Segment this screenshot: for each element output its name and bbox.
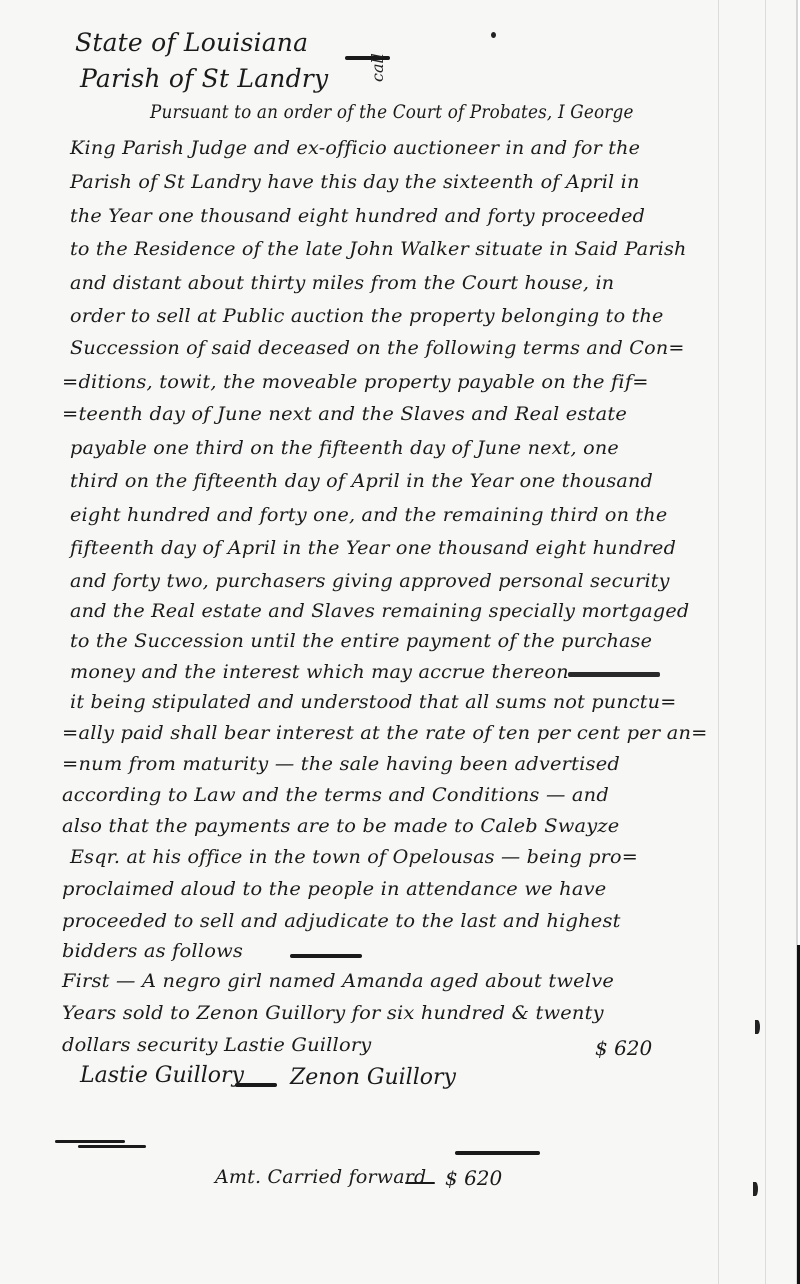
signature-purchaser: Zenon Guillory	[290, 1065, 456, 1090]
body-line: King Parish Judge and ex-officio auction…	[70, 137, 725, 159]
body-line: to the Residence of the late John Walker…	[70, 238, 725, 260]
body-line: Parish of St Landry have this day the si…	[70, 171, 725, 193]
heading-state: State of Louisiana	[75, 28, 308, 57]
signature-security: Lastie Guillory	[80, 1063, 244, 1088]
struck-out-word	[568, 672, 660, 677]
body-line: to the Succession until the entire payme…	[70, 630, 725, 652]
body-line: bidders as follows	[62, 940, 725, 962]
body-line: =ditions, towit, the moveable property p…	[62, 371, 725, 393]
heading-parish: Parish of St Landry	[80, 64, 328, 93]
ink-speck	[753, 1182, 758, 1196]
body-line: it being stipulated and understood that …	[70, 691, 725, 713]
scanned-document-page: State of Louisiana Parish of St Landry c…	[0, 0, 798, 1284]
body-line: Esqr. at his office in the town of Opelo…	[70, 846, 725, 868]
sale-amount: $ 620	[595, 1036, 652, 1060]
body-line: and distant about thirty miles from the …	[70, 272, 725, 294]
body-line: Pursuant to an order of the Court of Pro…	[150, 101, 725, 123]
body-line: proclaimed aloud to the people in attend…	[62, 878, 725, 900]
paper-fold-line	[765, 0, 766, 1284]
body-line: according to Law and the terms and Condi…	[62, 784, 725, 806]
ink-speck	[755, 1020, 760, 1034]
carried-forward-amount: $ 620	[445, 1166, 502, 1190]
body-line: the Year one thousand eight hundred and …	[70, 205, 725, 227]
body-line: order to sell at Public auction the prop…	[70, 305, 725, 327]
ink-speck	[491, 32, 496, 38]
body-line: proceeded to sell and adjudicate to the …	[62, 910, 725, 932]
ink-dash	[235, 1083, 277, 1087]
sale-line: First — A negro girl named Amanda aged a…	[62, 970, 725, 992]
body-line: =ally paid shall bear interest at the ra…	[62, 722, 725, 744]
ink-rule	[78, 1145, 146, 1148]
body-line: Succession of said deceased on the follo…	[70, 337, 725, 359]
body-line: =teenth day of June next and the Slaves …	[62, 403, 725, 425]
body-line: third on the fifteenth day of April in t…	[70, 470, 725, 492]
ink-dash	[405, 1182, 435, 1184]
carried-forward-label: Amt. Carried forward	[215, 1166, 426, 1188]
ink-rule	[55, 1140, 125, 1143]
body-line: and the Real estate and Slaves remaining…	[70, 600, 725, 622]
body-line: also that the payments are to be made to…	[62, 815, 725, 837]
body-line: fifteenth day of April in the Year one t…	[70, 537, 725, 559]
sale-line: Years sold to Zenon Guillory for six hun…	[62, 1002, 725, 1024]
body-line: payable one third on the fifteenth day o…	[70, 437, 725, 459]
body-line: =num from maturity — the sale having bee…	[62, 753, 725, 775]
margin-note: call	[368, 53, 387, 82]
body-line: eight hundred and forty one, and the rem…	[70, 504, 725, 526]
body-line: and forty two, purchasers giving approve…	[70, 570, 725, 592]
ink-rule	[455, 1151, 540, 1155]
ink-dash	[290, 954, 362, 958]
